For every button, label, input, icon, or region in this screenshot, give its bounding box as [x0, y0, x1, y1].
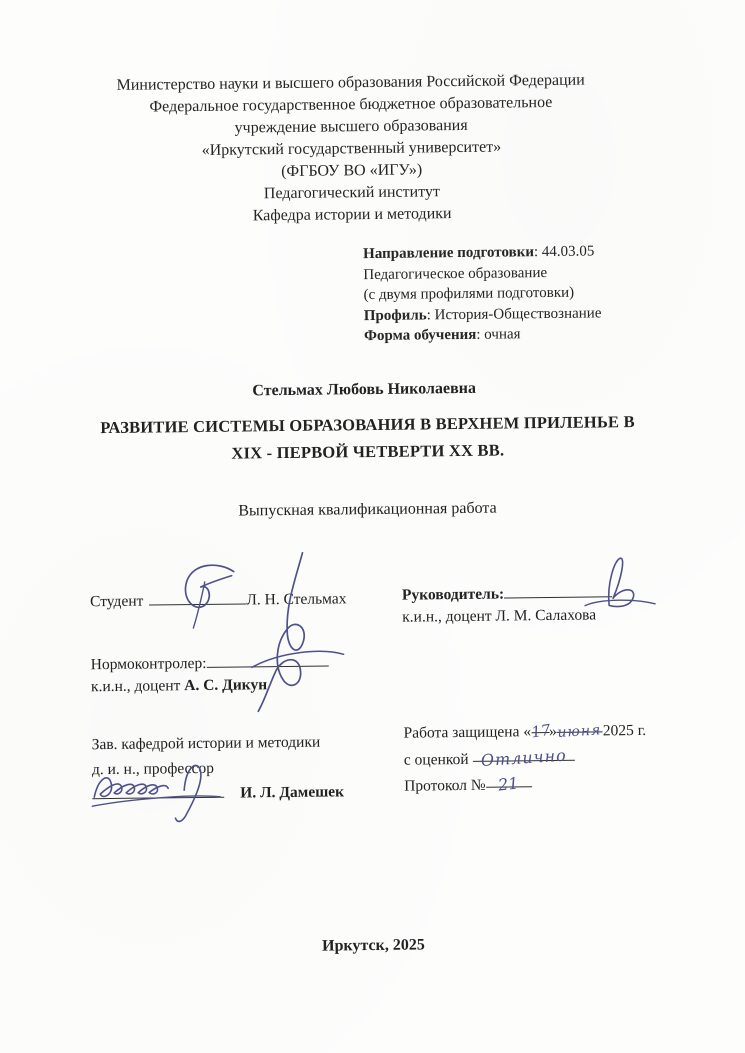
- program-form: Форма обучения: очная: [364, 323, 602, 346]
- program-form-value: : очная: [476, 326, 520, 343]
- normcontrol-signature-line: [206, 652, 328, 668]
- supervisor-row: Руководитель:: [402, 582, 612, 606]
- normcontrol-row: Нормоконтролер:: [91, 652, 329, 677]
- defense-day-line: 17: [531, 719, 549, 733]
- normcontrol-name: А. С. Дикун: [184, 676, 267, 694]
- student-name: Л. Н. Стельмах: [246, 590, 346, 609]
- program-profile: Профиль: История-Обществознание: [364, 303, 602, 326]
- program-direction: Направление подготовки: 44.03.05: [363, 241, 601, 264]
- program-direction-label: Направление подготовки: [363, 244, 534, 262]
- supervisor-label: Руководитель:: [402, 584, 504, 607]
- university-header: Министерство науки и высшего образования…: [0, 68, 707, 230]
- defense-year: 2025 г.: [603, 722, 647, 739]
- dept-head-signature-row: И. Л. Дамешек: [92, 779, 344, 807]
- program-profiles-note: (с двумя профилями подготовки): [363, 282, 601, 305]
- grade-line: Отлично: [472, 744, 574, 761]
- supervisor-signature-line: [504, 582, 612, 598]
- supervisor-name: к.и.н., доцент Л. М. Салахова: [402, 604, 612, 628]
- supervisor-block: Руководитель: к.и.н., доцент Л. М. Салах…: [402, 582, 613, 628]
- defense-block: Работа защищена «17»июня2025 г. с оценко…: [403, 718, 646, 799]
- defense-day-handwritten: 17: [529, 718, 552, 746]
- dept-head-name: И. Л. Дамешек: [240, 779, 344, 805]
- dept-head-title: Зав. кафедрой истории и методики: [92, 729, 344, 757]
- program-profile-label: Профиль: [364, 307, 427, 324]
- city-year-footer: Иркутск, 2025: [6, 933, 741, 959]
- program-form-label: Форма обучения: [364, 327, 476, 344]
- author-name: Стельмах Любовь Николаевна: [0, 377, 729, 403]
- student-signature-line: [149, 589, 246, 605]
- work-type: Выпускная квалификационная работа: [1, 497, 734, 523]
- dept-head-signature-line: [92, 783, 224, 799]
- dept-head-degree: д. и. н., профессор: [92, 754, 344, 782]
- defense-protocol-line: Протокол №21: [404, 770, 647, 799]
- normcontrol-block: Нормоконтролер: к.и.н., доцент А. С. Дик…: [91, 652, 329, 699]
- normcontrol-degree: к.и.н., доцент: [91, 677, 184, 695]
- program-info-block: Направление подготовки: 44.03.05 Педагог…: [363, 241, 602, 346]
- scanned-content: Министерство науки и высшего образования…: [0, 0, 745, 1053]
- protocol-line: 21: [485, 771, 531, 788]
- protocol-number-handwritten: 21: [497, 770, 520, 798]
- program-name: Педагогическое образование: [363, 262, 601, 285]
- normcontrol-name-line: к.и.н., доцент А. С. Дикун: [91, 674, 329, 699]
- defense-grade-line: с оценкой Отлично: [404, 743, 647, 772]
- grade-label: с оценкой: [404, 750, 469, 768]
- thesis-title: РАЗВИТИЕ СИСТЕМЫ ОБРАЗОВАНИЯ В ВЕРХНЕМ П…: [40, 407, 696, 468]
- defense-month-line: июня: [557, 718, 603, 733]
- defense-prefix: Работа защищена «: [403, 723, 531, 741]
- thesis-title-page: Министерство науки и высшего образования…: [0, 0, 745, 1053]
- grade-handwritten: Отлично: [480, 742, 567, 773]
- program-direction-value: : 44.03.05: [534, 243, 595, 260]
- student-label: Студент: [90, 593, 144, 612]
- protocol-label: Протокол №: [404, 777, 486, 795]
- program-profile-value: : История-Обществознание: [427, 305, 602, 323]
- department-head-block: Зав. кафедрой истории и методики д. и. н…: [92, 729, 345, 807]
- defense-date-line: Работа защищена «17»июня2025 г.: [403, 718, 646, 746]
- normcontrol-label: Нормоконтролер:: [91, 653, 207, 676]
- student-row: Студент Л. Н. Стельмах: [90, 588, 347, 611]
